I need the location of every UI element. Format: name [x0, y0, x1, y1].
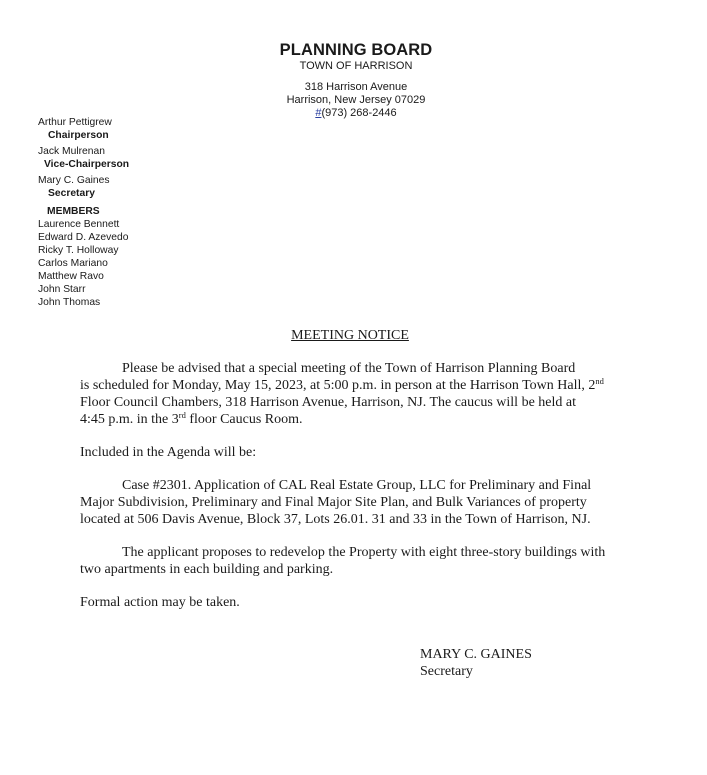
- closing-statement: Formal action may be taken.: [80, 594, 640, 611]
- signatory-title: Secretary: [420, 663, 532, 680]
- address-city: Harrison, New Jersey 07029: [0, 94, 707, 107]
- member-name: John Thomas: [38, 296, 129, 309]
- member-name: Laurence Bennett: [38, 218, 129, 231]
- case-paragraph: Case #2301. Application of CAL Real Esta…: [80, 477, 640, 528]
- proposal-paragraph: The applicant proposes to redevelop the …: [80, 544, 640, 578]
- member-name: Ricky T. Holloway: [38, 244, 129, 257]
- notice-title: MEETING NOTICE: [70, 327, 630, 344]
- agenda-intro: Included in the Agenda will be:: [80, 444, 640, 461]
- letterhead: PLANNING BOARD TOWN OF HARRISON 318 Harr…: [0, 41, 707, 120]
- vice-chairperson-role: Vice-Chairperson: [38, 158, 129, 171]
- meeting-notice: MEETING NOTICE Please be advised that a …: [80, 327, 640, 611]
- signatory-name: MARY C. GAINES: [420, 646, 532, 663]
- meeting-paragraph: Please be advised that a special meeting…: [80, 360, 640, 428]
- member-name: Matthew Ravo: [38, 270, 129, 283]
- phone-number: (973) 268-2446: [321, 107, 396, 119]
- secretary-role: Secretary: [38, 187, 129, 200]
- chairperson-role: Chairperson: [38, 129, 129, 142]
- vice-chairperson-name: Jack Mulrenan: [38, 145, 129, 158]
- board-title: PLANNING BOARD: [0, 41, 707, 60]
- members-heading: MEMBERS: [38, 205, 129, 218]
- member-name: Carlos Mariano: [38, 257, 129, 270]
- town-subtitle: TOWN OF HARRISON: [0, 60, 707, 73]
- board-roster: Arthur Pettigrew Chairperson Jack Mulren…: [38, 116, 129, 309]
- chairperson-name: Arthur Pettigrew: [38, 116, 129, 129]
- signature-block: MARY C. GAINES Secretary: [420, 646, 532, 680]
- member-name: Edward D. Azevedo: [38, 231, 129, 244]
- address-street: 318 Harrison Avenue: [0, 81, 707, 94]
- secretary-name: Mary C. Gaines: [38, 174, 129, 187]
- member-name: John Starr: [38, 283, 129, 296]
